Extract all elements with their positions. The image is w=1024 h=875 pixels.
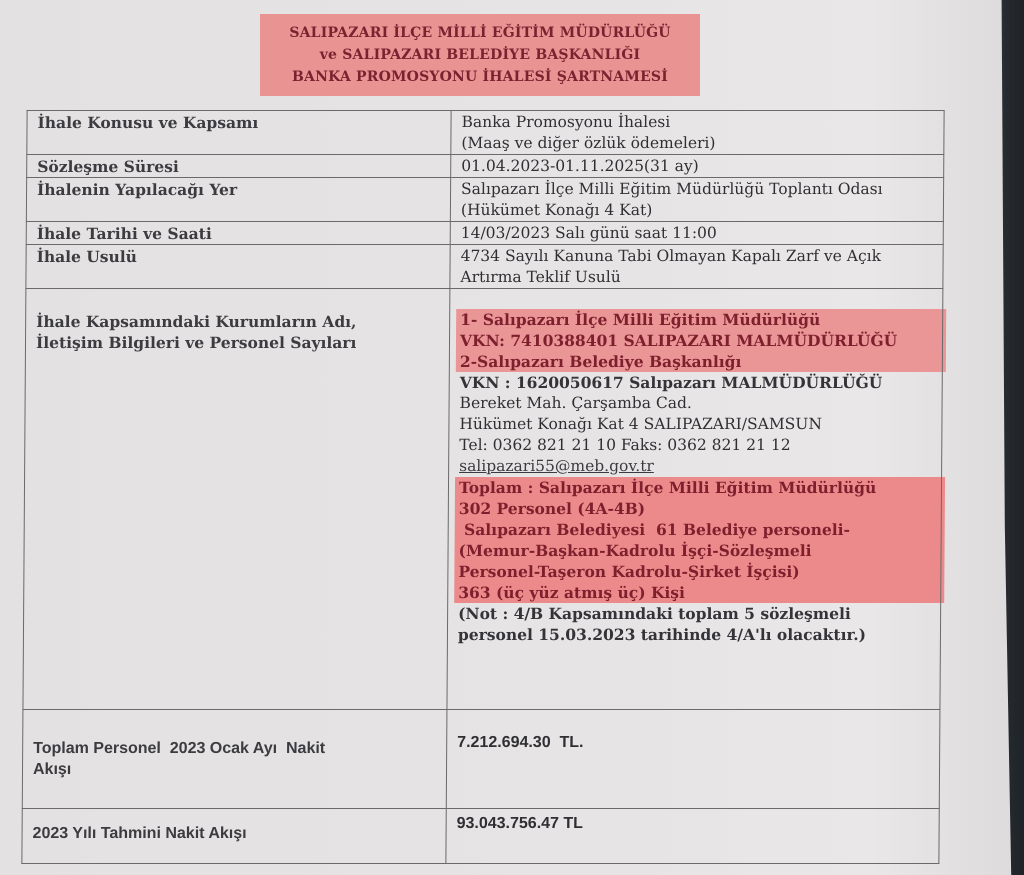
- totals-line-1: Toplam : Salıpazarı İlçe Milli Eğitim Mü…: [459, 477, 945, 498]
- subject-line-2: (Maaş ve diğer özlük ödemeleri): [461, 133, 935, 154]
- row-value: 01.04.2023-01.11.2025(31 ay): [451, 155, 944, 178]
- method-line-1: 4734 Sayılı Kanuna Tabi Olmayan Kapalı Z…: [461, 246, 935, 267]
- row-key: İhale Tarihi ve Saati: [26, 222, 450, 245]
- email-link[interactable]: salipazari55@meb.gov.tr: [459, 456, 933, 477]
- table-row-cash-january: Toplam Personel 2023 Ocak Ayı Nakit Akış…: [22, 710, 940, 809]
- specification-table: İhale Konusu ve Kapsamı Banka Promosyonu…: [21, 110, 944, 864]
- institution-2-vkn: VKN : 1620050617 Salıpazarı MALMÜDÜRLÜĞÜ: [460, 372, 934, 393]
- totals-line-2: 302 Personel (4A-4B): [459, 498, 945, 519]
- document-title: SALIPAZARI İLÇE MİLLİ EĞİTİM MÜDÜRLÜĞÜ v…: [260, 14, 700, 96]
- subject-line-1: Banka Promosyonu İhalesi: [461, 112, 935, 133]
- method-line-2: Artırma Teklif Usulü: [460, 267, 934, 288]
- row-value: 93.043.756.47 TL: [446, 809, 939, 864]
- table-row-institutions: İhale Kapsamındaki Kurumların Adı, İleti…: [23, 289, 943, 710]
- table-row-subject: İhale Konusu ve Kapsamı Banka Promosyonu…: [27, 111, 944, 155]
- note-line-2: personel 15.03.2023 tarihinde 4/A'lı ola…: [458, 624, 932, 645]
- row-value: 14/03/2023 Salı günü saat 11:00: [450, 222, 943, 245]
- institution-1-highlight: 1- Salıpazarı İlçe Milli Eğitim Müdürlüğ…: [456, 309, 946, 372]
- table-row-duration: Sözleşme Süresi 01.04.2023-01.11.2025(31…: [27, 155, 944, 178]
- place-line-1: Salıpazarı İlçe Milli Eğitim Müdürlüğü T…: [461, 179, 935, 200]
- title-line-3: BANKA PROMOSYONU İHALESİ ŞARTNAMESİ: [292, 66, 668, 88]
- table-row-method: İhale Usulü 4734 Sayılı Kanuna Tabi Olma…: [26, 245, 943, 289]
- institution-1-vkn: VKN: 7410388401 SALIPAZARI MALMÜDÜRLÜĞÜ: [460, 330, 946, 351]
- row-key: İhale Konusu ve Kapsamı: [27, 111, 451, 155]
- totals-highlight: Toplam : Salıpazarı İlçe Milli Eğitim Mü…: [454, 477, 945, 603]
- phone-fax: Tel: 0362 821 21 10 Faks: 0362 821 21 12: [459, 435, 933, 456]
- cash-january-key-line-2: Akışı: [33, 759, 438, 780]
- totals-line-5: Personel-Taşeron Kadrolu-Şirket İşçisi): [458, 561, 944, 582]
- row-key: İhale Usulü: [26, 245, 450, 289]
- background-edge: [992, 0, 1024, 875]
- row-value: Salıpazarı İlçe Milli Eğitim Müdürlüğü T…: [450, 178, 943, 222]
- cash-january-key-line-1: Toplam Personel 2023 Ocak Ayı Nakit: [33, 738, 438, 759]
- row-value: 1- Salıpazarı İlçe Milli Eğitim Müdürlüğ…: [447, 289, 943, 710]
- row-key: 2023 Yılı Tahmini Nakit Akışı: [22, 809, 446, 864]
- row-value: 4734 Sayılı Kanuna Tabi Olmayan Kapalı Z…: [450, 245, 943, 289]
- address-line-2: Hükümet Konağı Kat 4 SALIPAZARI/SAMSUN: [459, 414, 933, 435]
- totals-line-3: Salıpazarı Belediyesi 61 Belediye person…: [459, 519, 945, 540]
- table-row-cash-year: 2023 Yılı Tahmini Nakit Akışı 93.043.756…: [22, 809, 939, 864]
- institutions-key-line-1: İhale Kapsamındaki Kurumların Adı,: [36, 311, 441, 332]
- institution-1-name: 1- Salıpazarı İlçe Milli Eğitim Müdürlüğ…: [460, 309, 946, 330]
- note-line-1: (Not : 4/B Kapsamındaki toplam 5 sözleşm…: [458, 603, 932, 624]
- totals-line-6: 363 (üç yüz atmış üç) Kişi: [458, 582, 944, 603]
- row-key: Sözleşme Süresi: [27, 155, 451, 178]
- institutions-key-line-2: İletişim Bilgileri ve Personel Sayıları: [36, 332, 441, 353]
- row-key: İhale Kapsamındaki Kurumların Adı, İleti…: [23, 289, 450, 710]
- row-key: Toplam Personel 2023 Ocak Ayı Nakit Akış…: [22, 710, 447, 809]
- table-row-date: İhale Tarihi ve Saati 14/03/2023 Salı gü…: [26, 222, 943, 245]
- title-line-1: SALIPAZARI İLÇE MİLLİ EĞİTİM MÜDÜRLÜĞÜ: [289, 22, 670, 44]
- place-line-2: (Hükümet Konağı 4 Kat): [461, 200, 935, 221]
- institution-2-name: 2-Salıpazarı Belediye Başkanlığı: [460, 351, 946, 372]
- row-value: 7.212.694.30 TL.: [446, 710, 940, 809]
- table-row-place: İhalenin Yapılacağı Yer Salıpazarı İlçe …: [26, 178, 943, 222]
- row-value: Banka Promosyonu İhalesi (Maaş ve diğer …: [451, 111, 944, 155]
- totals-line-4: (Memur-Başkan-Kadrolu İşçi-Sözleşmeli: [458, 540, 944, 561]
- row-key: İhalenin Yapılacağı Yer: [26, 178, 450, 222]
- address-line-1: Bereket Mah. Çarşamba Cad.: [460, 393, 934, 414]
- title-line-2: ve SALIPAZARI BELEDİYE BAŞKANLIĞI: [320, 44, 641, 66]
